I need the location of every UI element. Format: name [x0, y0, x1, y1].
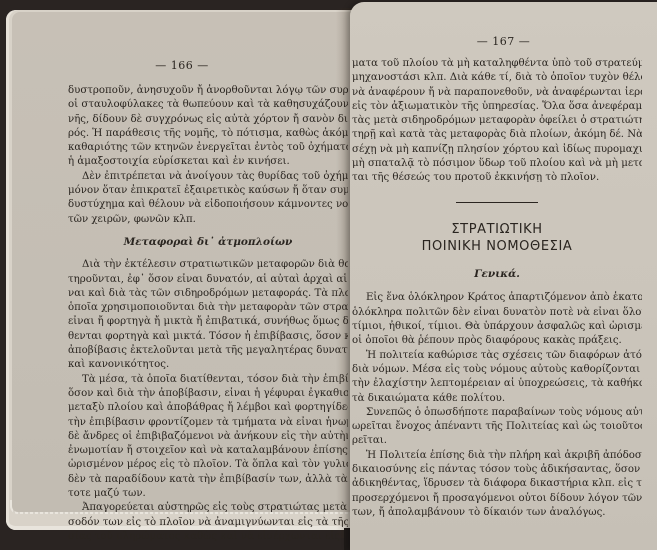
text-line: Συνεπῶς ὁ ὁπωσδήποτε παραβαίνων τοὺς νόμ… [352, 406, 642, 420]
text-line: Εἰς ἕνα ὁλόκληρον Κράτος ἀπαρτιζόμενον ἀ… [352, 291, 642, 305]
text-line: Δὲν ἐπιτρέπεται νὰ ἀνοίγουν τὰς θυρίδας … [68, 170, 348, 184]
text-line: ἀδικηθέντας, ἵδρυσεν τὰ διάφορα δικαστήρ… [352, 477, 642, 491]
right-page-body: ματα τοῦ πλοίου τὰ μὴ καταληφθέντα ὑπὸ τ… [352, 57, 642, 520]
text-line: προσερχόμενοι ἤ προσαγόμενοι οὗτοι δίδου… [352, 492, 642, 506]
text-line: Ἀπαγορεύεται αὐστηρῶς εἰς τοὺς στρατιώτα… [68, 501, 348, 515]
text-line: ὡρισμένον μέρος εἰς τὸ πλοῖον. Τὰ ὅπλα κ… [68, 458, 348, 472]
text-line: καθαριότης τῶν κτηνῶν ἐνεργεῖται ἐντὸς τ… [68, 141, 348, 155]
left-page: — 166 — δυστροποῦν, ἀνησυχοῦν ἤ ἀνορθοῦν… [12, 12, 352, 512]
text-line: οἱ ὁποῖοι θὰ ῥέπουν πρὸς διαφόρους κακὰς… [352, 334, 642, 348]
text-line: ματα τοῦ πλοίου τὰ μὴ καταληφθέντα ὑπὸ τ… [352, 57, 642, 71]
text-line: καὶ κανονικότητος. [68, 358, 348, 372]
left-paragraph-1: δυστροποῦν, ἀνησυχοῦν ἤ ἀνορθοῦνται λόγῳ… [68, 84, 348, 170]
left-paragraph-2: Δὲν ἐπιτρέπεται νὰ ἀνοίγουν τὰς θυρίδας … [68, 170, 348, 227]
section-divider [456, 202, 538, 204]
text-line: Τὰ μέσα, τὰ ὁποῖα διατίθενται, τόσον διὰ… [68, 373, 348, 387]
text-line: ναι καὶ διὰ τὰς τῶν σιδηροδρόμων μεταφορ… [68, 287, 348, 301]
text-line: Ἡ πολιτεία καθώρισε τὰς σχέσεις τῶν διαφ… [352, 349, 642, 363]
right-paragraph-2: Εἰς ἕνα ὁλόκληρον Κράτος ἀπαρτιζόμενον ἀ… [352, 291, 642, 348]
text-line: ὅσον καὶ διὰ τὴν ἀποβίβασιν, εἶναι ἡ γέφ… [68, 387, 348, 401]
text-line: νὰ ἀναφέρουν ἤ νὰ παραπονεθοῦν, νὰ ἀναφέ… [352, 86, 642, 100]
text-line: δὲ ἄνδρες οἱ ἐπιβιβαζόμενοι νὰ ἀνήκουν ε… [68, 430, 348, 444]
text-line: τίμιοι, ἠθικοί, τίμιοι. Θὰ ὑπάρχουν ἀσφα… [352, 320, 642, 334]
text-line: των, ἤ ἀπολαμβάνουν τὸ δίκαιόν των ἀναλό… [352, 506, 642, 520]
right-paragraph-4: Συνεπῶς ὁ ὁπωσδήποτε παραβαίνων τοὺς νόμ… [352, 406, 642, 449]
text-line: μηχανοστάσι κλπ. Διὰ κάθε τί, διὰ τὸ ὁπο… [352, 71, 642, 85]
text-line: Ἡ Πολιτεία ἐπίσης διὰ τὴν πλήρη καὶ ἀκρι… [352, 449, 642, 463]
right-page: — 167 — ματα τοῦ πλοίου τὰ μὴ καταληφθέν… [350, 2, 657, 550]
text-line: ωρεῖται ἔνοχος ἀπέναντι τῆς Πολιτείας κα… [352, 420, 642, 434]
section-heading-general: Γενικά. [352, 267, 642, 281]
text-line: τὰς μετὰ σιδηροδρόμων μεταφορὰν ὀφείλει … [352, 114, 642, 128]
text-line: ἡ ἁμαξοστοιχία εὑρίσκεται καὶ ἐν κινήσει… [68, 155, 348, 169]
text-line: μόνον ὅταν ἐπικρατεῖ ἐξαιρετικὸς καύσων … [68, 184, 348, 198]
text-line: δὲν τὰ παραδίδουν κατὰ τὴν ἐπιβίβασίν τω… [68, 473, 348, 487]
text-line: τὰ δικαιώματα κάθε πολίτου. [352, 392, 642, 406]
text-line: ὁποῖα χρησιμοποιοῦνται διὰ τὴν μεταφορὰν… [68, 301, 348, 315]
text-line: θενται φορτηγὰ καὶ μικτά. Τόσον ἡ ἐπιβίβ… [68, 330, 348, 344]
left-page-body: δυστροποῦν, ἀνησυχοῦν ἤ ἀνορθοῦνται λόγῳ… [68, 84, 348, 544]
text-line: ἐνωμοτίαν ἤ στοιχεῖον καὶ νὰ καταλαμβάνο… [68, 444, 348, 458]
left-paragraph-4: Τὰ μέσα, τὰ ὁποῖα διατίθενται, τόσον διὰ… [68, 373, 348, 502]
text-line: διὰ νόμων. Μέσα εἰς τοὺς νόμους αὐτοὺς κ… [352, 363, 642, 377]
text-line: μὴ σπαταλᾷ τὸ πόσιμον ὕδωρ τοῦ πλοίου κα… [352, 157, 642, 171]
text-line: τηρῇ καὶ κατὰ τὰς μεταφορὰς διὰ πλοίων, … [352, 128, 642, 142]
page-number-right: — 167 — [350, 35, 657, 49]
text-line: μεταξὺ πλοίου καὶ ἀποβάθρας ἤ λέμβοι καὶ… [68, 401, 348, 415]
text-line: εἰς τὸν ἀξιωματικὸν τῆς ὑπηρεσίας. Ὅλα ὅ… [352, 100, 642, 114]
text-line: οἱ σταυλοφύλακες τὰ θωπεύουν καὶ τὰ καθη… [68, 98, 348, 112]
page-number-left: — 166 — [12, 59, 352, 73]
text-line: τοτε μαζύ των. [68, 487, 348, 501]
open-book: — 166 — δυστροποῦν, ἀνησυχοῦν ἤ ἀνορθοῦν… [0, 0, 657, 550]
text-line: σέχῃ νὰ μὴ καπνίζῃ πλησίον χόρτου καὶ ἰδ… [352, 143, 642, 157]
text-line: ρός. Ἡ παράθεσις τῆς νομῆς, τὸ πότισμα, … [68, 127, 348, 141]
text-line: νῆς, δίδουν δὲ συγχρόνως εἰς αὐτὰ χόρτον… [68, 113, 348, 127]
text-line: τῶν χειρῶν, φωνῶν κλπ. [68, 213, 348, 227]
section-heading-steamship-transport: Μεταφοραὶ δι᾿ ἀτμοπλοίων [68, 235, 348, 249]
text-line: εἶναι ἤ φορτηγὰ ἤ μικτὰ ἤ ἐπιβατικά, συν… [68, 315, 348, 329]
text-line: ται τῆς θέσεώς του προτοῦ ἐκκινήσῃ τὸ πλ… [352, 171, 642, 185]
left-paragraph-5: Ἀπαγορεύεται αὐστηρῶς εἰς τοὺς στρατιώτα… [68, 501, 348, 544]
text-line: ἀποβίβασις ἐκτελοῦνται μετὰ τῆς μεγαλητέ… [68, 344, 348, 358]
left-paragraph-3: Διὰ τὴν ἐκτέλεσιν στρατιωτικῶν μεταφορῶν… [68, 258, 348, 372]
text-line: ὁλόκληρα πολιτῶν δὲν εἶναι δυνατὸν ποτὲ … [352, 306, 642, 320]
text-line: τὴν ἐλαχίστην λεπτομέρειαν αἱ ὑποχρεώσει… [352, 377, 642, 391]
text-line: δυστροποῦν, ἀνησυχοῦν ἤ ἀνορθοῦνται λόγῳ… [68, 84, 348, 98]
text-line: ρεῖται. [352, 434, 642, 448]
text-line: σοδόν των εἰς τὸ πλοῖον νὰ ἀναμιγνύωνται… [68, 516, 348, 530]
text-line: δυστύχημα καὶ θέλουν νὰ εἰδοποιήσουν κάμ… [68, 198, 348, 212]
text-line: δικαιοσύνης εἰς πάντας τόσον τοὺς ἀδικήσ… [352, 463, 642, 477]
chapter-title-line-2: ΠΟΙΝΙΚΗ ΝΟΜΟΘΕΣΙΑ [352, 238, 642, 255]
text-line: σίας τοῦ πληρώματος καθὼς καὶ νὰ εἰσέρχω… [68, 530, 348, 544]
right-paragraph-5: Ἡ Πολιτεία ἐπίσης διὰ τὴν πλήρη καὶ ἀκρι… [352, 449, 642, 520]
right-paragraph-3: Ἡ πολιτεία καθώρισε τὰς σχέσεις τῶν διαφ… [352, 349, 642, 406]
chapter-title-line-1: ΣΤΡΑΤΙΩΤΙΚΗ [352, 221, 642, 238]
text-line: Διὰ τὴν ἐκτέλεσιν στρατιωτικῶν μεταφορῶν… [68, 258, 348, 272]
right-paragraph-1: ματα τοῦ πλοίου τὰ μὴ καταληφθέντα ὑπὸ τ… [352, 57, 642, 186]
text-line: τηροῦνται, ἐφ᾿ ὅσον εἶναι δυνατόν, αἱ αὐ… [68, 273, 348, 287]
text-line: τὴν ἐπιβίβασιν φροντίζομεν τὰ τμήματα νὰ… [68, 416, 348, 430]
